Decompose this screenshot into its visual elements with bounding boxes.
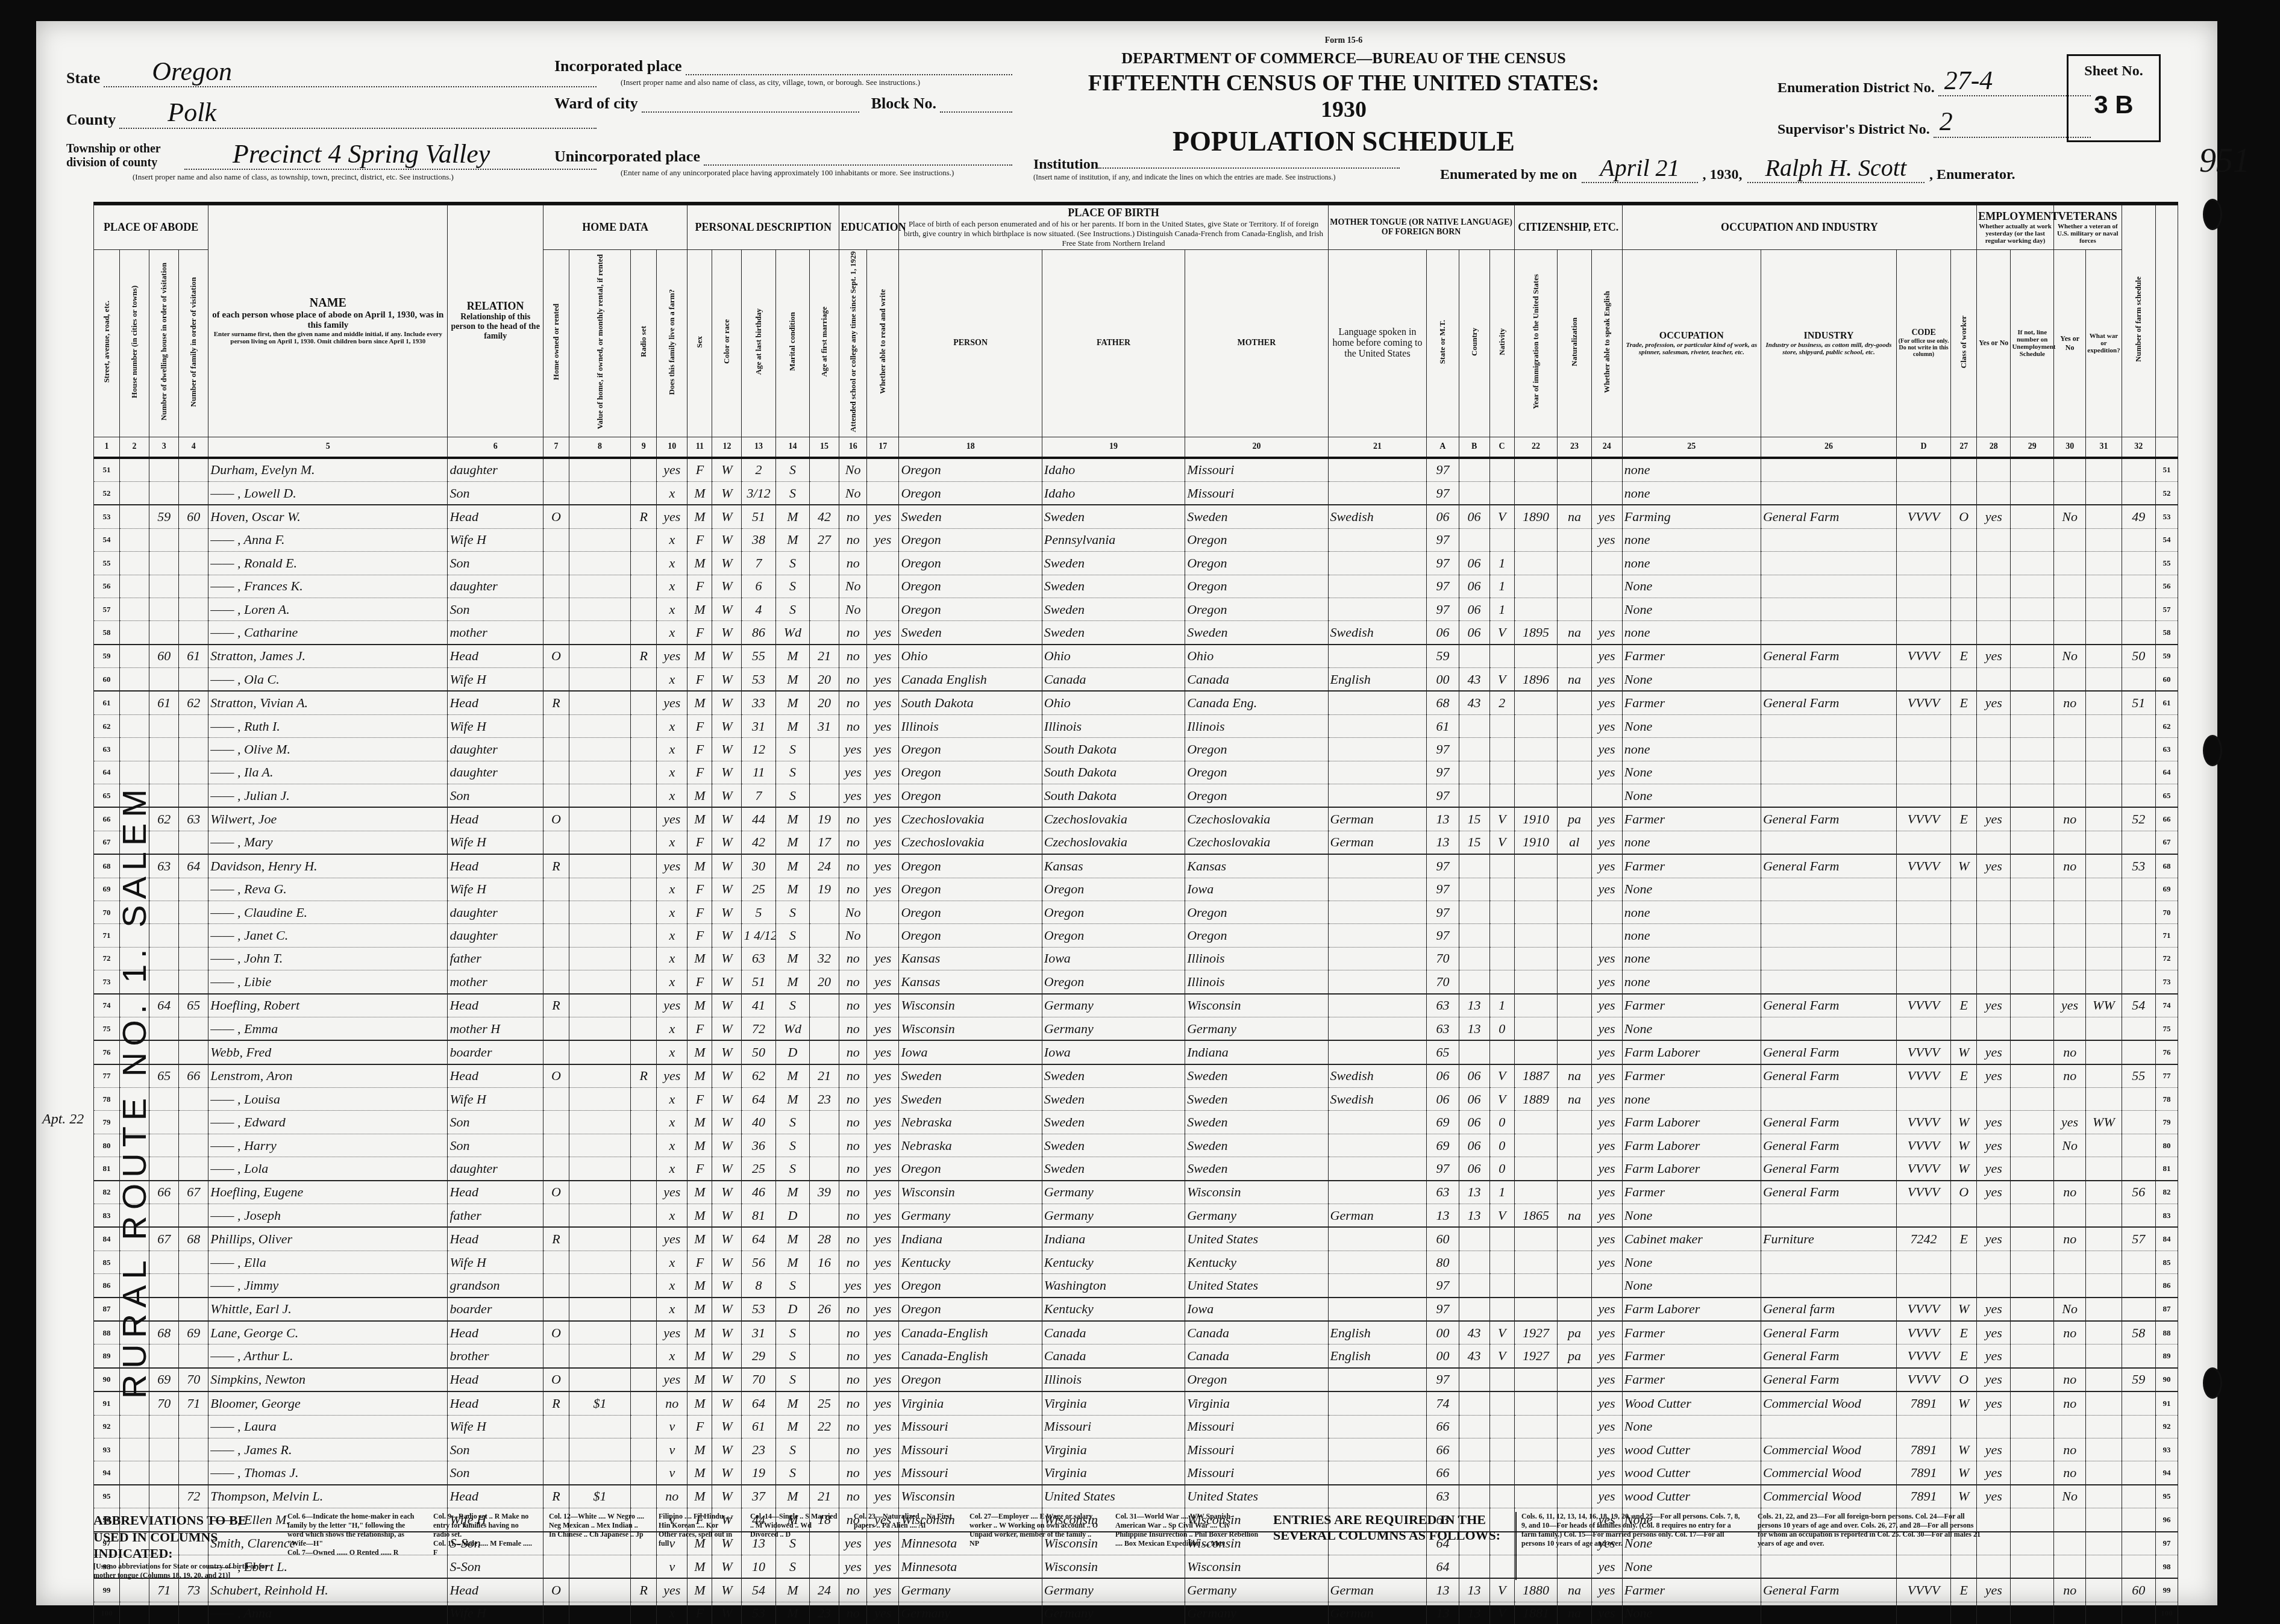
cell-val <box>569 947 630 970</box>
cell-name: Hoven, Oscar W. <box>208 505 448 528</box>
cell-rel: Son <box>448 1438 543 1461</box>
cell-pobf: Sweden <box>1042 505 1185 528</box>
cell-agem <box>810 1321 839 1344</box>
cell-c <box>1489 924 1514 947</box>
cell-pobm: Germany <box>1185 1204 1328 1228</box>
cell-unemp <box>2011 738 2054 761</box>
cell-sex: M <box>687 854 712 878</box>
cell-b: 06 <box>1459 505 1489 528</box>
cell-val <box>569 598 630 620</box>
line-number: 93 <box>94 1438 120 1461</box>
cell-lang <box>1328 1485 1427 1508</box>
cell-sex: M <box>687 1391 712 1415</box>
cell-rel: Son <box>448 784 543 808</box>
cell-race: W <box>712 878 742 901</box>
cell-dw: 71 <box>149 1578 179 1602</box>
cell-vet: No <box>2054 1298 2086 1321</box>
cell-pobm: Oregon <box>1185 784 1328 808</box>
cell-cls <box>1951 784 1977 808</box>
cell-agem <box>810 1274 839 1298</box>
cell-own <box>543 1040 569 1064</box>
cell-vet: No <box>2054 505 2086 528</box>
table-row: 72—— , John T.fatherxMW63M32noyesKansasI… <box>94 947 2178 970</box>
cell-rel: grandson <box>448 1274 543 1298</box>
cell-unemp <box>2011 1227 2054 1251</box>
cell-dw <box>149 668 179 692</box>
cell-name: Wilwert, Joe <box>208 807 448 831</box>
cell-race: W <box>712 575 742 598</box>
table-row: 62—— , Ruth I.Wife HxFW31M31noyesIllinoi… <box>94 714 2178 737</box>
cell-eng: yes <box>1591 854 1622 878</box>
cell-unemp <box>2011 1274 2054 1298</box>
cell-war <box>2086 458 2122 482</box>
cell-war <box>2086 714 2122 737</box>
cell-emp: yes <box>1977 1157 2011 1181</box>
cell-war <box>2086 621 2122 645</box>
table-row: 87Whittle, Earl J.boarderxMW53D26noyesOr… <box>94 1298 2178 1321</box>
cell-ind <box>1761 621 1896 645</box>
cell-mar: S <box>775 1274 809 1298</box>
cell-name: Phillips, Oliver <box>208 1227 448 1251</box>
cell-sch: yes <box>839 761 867 784</box>
cell-val <box>569 1321 630 1344</box>
cell-sex: M <box>687 1204 712 1228</box>
cell-val <box>569 738 630 761</box>
cell-d: VVVV <box>1897 1181 1951 1204</box>
table-row: 906970Simpkins, NewtonHeadOyesMW70Snoyes… <box>94 1368 2178 1391</box>
cell-sch: no <box>839 1088 867 1111</box>
cell-war <box>2086 1134 2122 1157</box>
cell-yr <box>1514 552 1558 575</box>
cell-val <box>569 1461 630 1485</box>
cell-war <box>2086 878 2122 901</box>
cell-pob: Oregon <box>899 854 1042 878</box>
cell-war <box>2086 1321 2122 1344</box>
cell-yr <box>1514 1391 1558 1415</box>
cell-unemp <box>2011 1111 2054 1134</box>
cell-pobf: Sweden <box>1042 621 1185 645</box>
cell-pob: Virginia <box>899 1391 1042 1415</box>
cell-own <box>543 1017 569 1040</box>
cell-farm: v <box>657 1438 687 1461</box>
cell-pobm: Oregon <box>1185 738 1328 761</box>
cell-nat: na <box>1558 621 1591 645</box>
cell-age: 4 <box>742 598 775 620</box>
cell-b <box>1459 1368 1489 1391</box>
cell-a: 97 <box>1427 878 1459 901</box>
cell-occ: Cabinet maker <box>1622 1227 1761 1251</box>
cell-fs <box>2122 1274 2155 1298</box>
cell-agem: 27 <box>810 528 839 551</box>
line-number: 71 <box>2155 924 2178 947</box>
cell-sch: no <box>839 1251 867 1273</box>
cell-unemp <box>2011 598 2054 620</box>
cell-agem <box>810 924 839 947</box>
cell-d: 7242 <box>1897 1227 1951 1251</box>
cell-fam: 70 <box>179 1368 208 1391</box>
cell-rel: father <box>448 1204 543 1228</box>
column-number: 10 <box>657 437 687 458</box>
cell-d <box>1897 784 1951 808</box>
cell-lang <box>1328 645 1427 668</box>
cell-c: 1 <box>1489 552 1514 575</box>
cell-fs: 51 <box>2122 691 2155 714</box>
cell-farm: x <box>657 575 687 598</box>
state-value: Oregon <box>104 57 597 87</box>
cell-nat <box>1558 458 1591 482</box>
line-number: 54 <box>2155 528 2178 551</box>
cell-c: V <box>1489 621 1514 645</box>
cell-nat <box>1558 761 1591 784</box>
cell-pobm: Canada <box>1185 1321 1328 1344</box>
cell-fam <box>179 621 208 645</box>
cell-occ: none <box>1622 738 1761 761</box>
cell-val <box>569 621 630 645</box>
line-number: 85 <box>2155 1251 2178 1273</box>
table-row: 997173Schubert, Reinhold H.HeadORyesMW54… <box>94 1578 2178 1602</box>
schedule-title: POPULATION SCHEDULE <box>1073 125 1615 157</box>
cell-fs: 59 <box>2122 1368 2155 1391</box>
cell-eng: yes <box>1591 668 1622 692</box>
cell-b <box>1459 1461 1489 1485</box>
cell-eng: yes <box>1591 1602 1622 1624</box>
cell-race: W <box>712 1391 742 1415</box>
cell-farm: x <box>657 714 687 737</box>
cell-occ: Farmer <box>1622 1368 1761 1391</box>
cell-pob: Iowa <box>899 1040 1042 1064</box>
cell-pobf: Pennsylvania <box>1042 528 1185 551</box>
cell-emp <box>1977 970 2011 994</box>
cell-eng: yes <box>1591 1204 1622 1228</box>
cell-eng: yes <box>1591 505 1622 528</box>
cell-occ: Farm Laborer <box>1622 1111 1761 1134</box>
cell-pobm: Oregon <box>1185 761 1328 784</box>
cell-pobm: Wisconsin <box>1185 1181 1328 1204</box>
cell-pobf: Sweden <box>1042 575 1185 598</box>
cell-yr <box>1514 1157 1558 1181</box>
cell-agem <box>810 994 839 1017</box>
cell-val: $1 <box>569 1391 630 1415</box>
cell-d: VVVV <box>1897 1321 1951 1344</box>
cell-farm: yes <box>657 1368 687 1391</box>
cell-name: —— , Ella <box>208 1251 448 1273</box>
cell-age: 31 <box>742 714 775 737</box>
cell-cls: W <box>1951 1111 1977 1134</box>
cell-agem: 25 <box>810 1391 839 1415</box>
cell-a: 06 <box>1427 505 1459 528</box>
line-number: 79 <box>2155 1111 2178 1134</box>
cell-fam <box>179 1298 208 1321</box>
cell-rel: Head <box>448 854 543 878</box>
cell-pob: Oregon <box>899 598 1042 620</box>
cell-occ: None <box>1622 1415 1761 1438</box>
cell-name: —— , Joseph <box>208 1204 448 1228</box>
column-number: 19 <box>1042 437 1185 458</box>
cell-occ: none <box>1622 970 1761 994</box>
cell-rel: Head <box>448 1321 543 1344</box>
cell-fs: 57 <box>2122 1227 2155 1251</box>
cell-fs: 52 <box>2122 807 2155 831</box>
cell-mar: S <box>775 1111 809 1134</box>
cell-name: —— , Reva G. <box>208 878 448 901</box>
cell-own: R <box>543 691 569 714</box>
cell-d <box>1897 1204 1951 1228</box>
cell-house <box>119 691 149 714</box>
line-number: 84 <box>2155 1227 2178 1251</box>
cell-fs: 60 <box>2122 1578 2155 1602</box>
cell-age: 38 <box>742 528 775 551</box>
cell-occ: None <box>1622 1017 1761 1040</box>
cell-a: 74 <box>1427 1391 1459 1415</box>
cell-b: 43 <box>1459 668 1489 692</box>
cell-sex: M <box>687 481 712 505</box>
cell-cls <box>1951 970 1977 994</box>
cell-pob: Kansas <box>899 970 1042 994</box>
cell-vet <box>2054 621 2086 645</box>
cell-cls: W <box>1951 1485 1977 1508</box>
cell-mar: M <box>775 691 809 714</box>
cell-val <box>569 1368 630 1391</box>
cell-pobm: Indiana <box>1185 1040 1328 1064</box>
cell-vet: no <box>2054 854 2086 878</box>
cell-cls <box>1951 1088 1977 1111</box>
cell-vet: no <box>2054 1578 2086 1602</box>
cell-yr: 1910 <box>1514 831 1558 854</box>
cell-emp <box>1977 831 2011 854</box>
cell-agem <box>810 761 839 784</box>
cell-c: 1 <box>1489 994 1514 1017</box>
cell-nat <box>1558 1251 1591 1273</box>
cell-nat <box>1558 924 1591 947</box>
cell-d <box>1897 528 1951 551</box>
cell-rw: yes <box>867 1251 899 1273</box>
cell-radio <box>631 784 657 808</box>
cell-a: 13 <box>1427 1602 1459 1624</box>
cell-name: —— , Laura <box>208 1415 448 1438</box>
cell-unemp <box>2011 1298 2054 1321</box>
cell-pobm: Sweden <box>1185 1064 1328 1088</box>
cell-rel: brother <box>448 1344 543 1368</box>
cell-pobm: Illinois <box>1185 947 1328 970</box>
cell-fam <box>179 714 208 737</box>
cell-lang <box>1328 854 1427 878</box>
cell-sex: F <box>687 1017 712 1040</box>
cell-pobm: Oregon <box>1185 901 1328 923</box>
cell-radio <box>631 1017 657 1040</box>
cell-unemp <box>2011 1157 2054 1181</box>
cell-pobm: Germany <box>1185 1602 1328 1624</box>
cell-age: 7 <box>742 784 775 808</box>
cell-nat <box>1558 1415 1591 1438</box>
cell-race: W <box>712 1111 742 1134</box>
incorporated-field: Incorporated place <box>554 57 1012 75</box>
cell-cls <box>1951 1204 1977 1228</box>
cell-radio <box>631 807 657 831</box>
cell-ind: General Farm <box>1761 505 1896 528</box>
cell-b <box>1459 1227 1489 1251</box>
cell-eng: yes <box>1591 1461 1622 1485</box>
cell-nat: na <box>1558 1602 1591 1624</box>
cell-own <box>543 1461 569 1485</box>
cell-age: 61 <box>742 1415 775 1438</box>
cell-lang <box>1328 1368 1427 1391</box>
cell-nat: na <box>1558 1064 1591 1088</box>
cell-unemp <box>2011 901 2054 923</box>
cell-d <box>1897 1017 1951 1040</box>
cell-b <box>1459 528 1489 551</box>
cell-nat <box>1558 970 1591 994</box>
cell-yr <box>1514 691 1558 714</box>
cell-b <box>1459 1438 1489 1461</box>
cell-own: R <box>543 994 569 1017</box>
cell-race: W <box>712 901 742 923</box>
cell-race: W <box>712 1227 742 1251</box>
cell-emp: yes <box>1977 1485 2011 1508</box>
cell-race: W <box>712 1438 742 1461</box>
cell-eng: yes <box>1591 621 1622 645</box>
cell-rel: Head <box>448 691 543 714</box>
cell-pobf: Ohio <box>1042 645 1185 668</box>
cell-mar: M <box>775 528 809 551</box>
cell-dw <box>149 621 179 645</box>
cell-sch: no <box>839 1461 867 1485</box>
cell-unemp <box>2011 994 2054 1017</box>
cell-cls: E <box>1951 1227 1977 1251</box>
cell-eng: yes <box>1591 807 1622 831</box>
line-number: 64 <box>2155 761 2178 784</box>
cell-radio <box>631 924 657 947</box>
cell-a: 13 <box>1427 1204 1459 1228</box>
cell-emp: yes <box>1977 691 2011 714</box>
cell-name: —— , Catharine <box>208 621 448 645</box>
cell-race: W <box>712 1157 742 1181</box>
cell-race: W <box>712 1181 742 1204</box>
cell-own <box>543 970 569 994</box>
cell-occ: Farmer <box>1622 1578 1761 1602</box>
cell-occ: None <box>1622 784 1761 808</box>
cell-d: VVVV <box>1897 807 1951 831</box>
cell-cls <box>1951 714 1977 737</box>
column-number: 14 <box>775 437 809 458</box>
cell-race: W <box>712 691 742 714</box>
cell-farm: yes <box>657 691 687 714</box>
table-row: 83—— , JosephfatherxMW81DnoyesGermanyGer… <box>94 1204 2178 1228</box>
cell-mar: M <box>775 878 809 901</box>
cell-rw <box>867 481 899 505</box>
cell-ind: General Farm <box>1761 1181 1896 1204</box>
cell-emp: yes <box>1977 1111 2011 1134</box>
cell-farm: no <box>657 1485 687 1508</box>
table-row: 86—— , JimmygrandsonxMW8SyesyesOregonWas… <box>94 1274 2178 1298</box>
cell-fam <box>179 1344 208 1368</box>
cell-fs <box>2122 598 2155 620</box>
cell-pobm: Oregon <box>1185 924 1328 947</box>
cell-name: Whittle, Earl J. <box>208 1298 448 1321</box>
cell-agem: 23 <box>810 1602 839 1624</box>
cell-own <box>543 1111 569 1134</box>
cell-vet <box>2054 714 2086 737</box>
cell-mar: M <box>775 668 809 692</box>
cell-dw <box>149 1415 179 1438</box>
cell-war <box>2086 1415 2122 1438</box>
cell-yr <box>1514 1368 1558 1391</box>
cell-war <box>2086 481 2122 505</box>
cell-nat <box>1558 994 1591 1017</box>
cell-house <box>119 505 149 528</box>
cell-nat <box>1558 528 1591 551</box>
cell-agem <box>810 481 839 505</box>
cell-vet: No <box>2054 1485 2086 1508</box>
cell-rel: Head <box>448 1485 543 1508</box>
cell-rw: yes <box>867 1040 899 1064</box>
cell-mar: M <box>775 714 809 737</box>
cell-yr: 1896 <box>1514 668 1558 692</box>
line-number: 56 <box>2155 575 2178 598</box>
cell-rw: yes <box>867 714 899 737</box>
cell-pobf: South Dakota <box>1042 784 1185 808</box>
cell-war <box>2086 668 2122 692</box>
cell-war <box>2086 807 2122 831</box>
line-number: 95 <box>2155 1485 2178 1508</box>
cell-radio <box>631 598 657 620</box>
cell-emp <box>1977 528 2011 551</box>
cell-mar: M <box>775 1485 809 1508</box>
cell-farm: x <box>657 878 687 901</box>
cell-own: R <box>543 1227 569 1251</box>
cell-farm: x <box>657 598 687 620</box>
column-number: 8 <box>569 437 630 458</box>
cell-vet <box>2054 458 2086 482</box>
header-personal: PERSONAL DESCRIPTION <box>687 205 839 250</box>
cell-age: 53 <box>742 1298 775 1321</box>
cell-own <box>543 1344 569 1368</box>
cell-mar: M <box>775 1578 809 1602</box>
cell-fam <box>179 458 208 482</box>
cell-race: W <box>712 947 742 970</box>
cell-c <box>1489 528 1514 551</box>
cell-farm: x <box>657 552 687 575</box>
cell-rw: yes <box>867 1298 899 1321</box>
cell-own <box>543 831 569 854</box>
cell-sex: F <box>687 1415 712 1438</box>
cell-pob: Oregon <box>899 1274 1042 1298</box>
cell-race: W <box>712 1274 742 1298</box>
cell-pobf: Sweden <box>1042 1157 1185 1181</box>
column-number: A <box>1427 437 1459 458</box>
cell-ind <box>1761 458 1896 482</box>
cell-yr <box>1514 1040 1558 1064</box>
cell-vet <box>2054 668 2086 692</box>
cell-occ: Farmer <box>1622 854 1761 878</box>
cell-occ: none <box>1622 621 1761 645</box>
cell-pobm: Czechoslovakia <box>1185 807 1328 831</box>
cell-house <box>119 1485 149 1508</box>
cell-pobm: Sweden <box>1185 505 1328 528</box>
cell-unemp <box>2011 668 2054 692</box>
cell-rw: yes <box>867 1204 899 1228</box>
cell-rw: yes <box>867 1485 899 1508</box>
cell-a: 70 <box>1427 947 1459 970</box>
enumerator-line: Enumerated by me on April 21 , 1930, Ral… <box>1440 154 2163 183</box>
cell-yr: 1881 <box>1514 1602 1558 1624</box>
cell-cls <box>1951 598 1977 620</box>
cell-race: W <box>712 784 742 808</box>
cell-c: 1 <box>1489 1181 1514 1204</box>
column-number: 6 <box>448 437 543 458</box>
column-number: 30 <box>2054 437 2086 458</box>
cell-name: —— , Edward <box>208 1111 448 1134</box>
cell-vet: no <box>2054 1064 2086 1088</box>
